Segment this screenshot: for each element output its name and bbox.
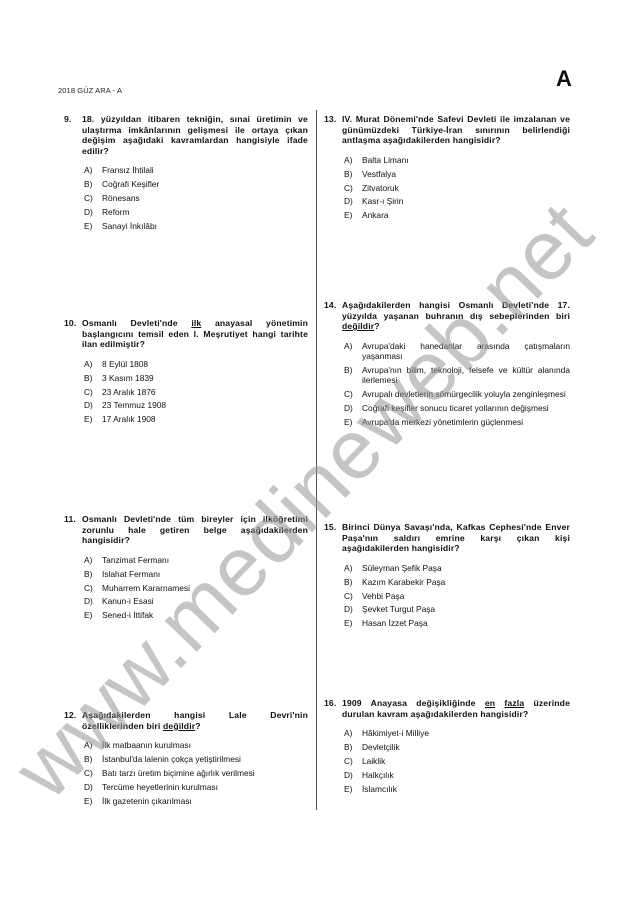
option-text: Avrupa'daki hanedanlar arasında çatışmal… bbox=[362, 341, 570, 362]
question-text: Osmanlı Devleti'nde ilk anayasal yönetim… bbox=[82, 318, 308, 350]
option-text: Vestfalya bbox=[362, 169, 570, 179]
option-label: A) bbox=[84, 555, 102, 565]
option-d[interactable]: D)Kasr-ı Şirin bbox=[344, 196, 570, 206]
option-text: Laiklik bbox=[362, 756, 570, 766]
option-label: D) bbox=[344, 604, 362, 614]
question-number: 12. bbox=[64, 710, 82, 731]
option-label: A) bbox=[344, 155, 362, 165]
emphasis-underline: fazla bbox=[504, 698, 524, 708]
option-label: D) bbox=[84, 207, 102, 217]
option-c[interactable]: C)Muharrem Kararnamesi bbox=[84, 583, 308, 593]
option-c[interactable]: C)Zitvatoruk bbox=[344, 183, 570, 193]
option-label: B) bbox=[84, 754, 102, 764]
option-a[interactable]: A)Süleyman Şefik Paşa bbox=[344, 563, 570, 573]
option-label: D) bbox=[84, 782, 102, 792]
question-text: Aşağıdakilerden hangisi Lale Devri'nin ö… bbox=[82, 710, 308, 731]
option-label: C) bbox=[344, 389, 362, 399]
option-label: A) bbox=[344, 728, 362, 738]
option-b[interactable]: B)Islahat Fermanı bbox=[84, 569, 308, 579]
option-label: C) bbox=[344, 591, 362, 601]
option-label: D) bbox=[84, 596, 102, 606]
option-text: 23 Aralık 1876 bbox=[102, 387, 308, 397]
question-13: 13. IV. Murat Dönemi'nde Safevi Devleti … bbox=[324, 114, 570, 224]
option-text: Zitvatoruk bbox=[362, 183, 570, 193]
option-b[interactable]: B)Avrupa'nın bilim, teknoloji, felsefe v… bbox=[344, 365, 570, 386]
option-label: B) bbox=[344, 169, 362, 179]
option-text: İslamcılık bbox=[362, 784, 570, 794]
option-b[interactable]: B)Coğrafi Keşifler bbox=[84, 179, 308, 189]
option-b[interactable]: B)Vestfalya bbox=[344, 169, 570, 179]
option-label: D) bbox=[344, 403, 362, 413]
option-e[interactable]: E)İslamcılık bbox=[344, 784, 570, 794]
question-11: 11. Osmanlı Devleti'nde tüm bireyler içi… bbox=[64, 514, 308, 624]
option-text: Tercüme heyetlerinin kurulması bbox=[102, 782, 308, 792]
option-c[interactable]: C)Avrupalı devletlerin sömürgecilik yolu… bbox=[344, 389, 570, 399]
option-c[interactable]: C)Rönesans bbox=[84, 193, 308, 203]
option-b[interactable]: B)İstanbul'da lalenin çokça yetiştirilme… bbox=[84, 754, 308, 764]
option-text: Coğrafi Keşifler bbox=[102, 179, 308, 189]
option-d[interactable]: D)23 Temmuz 1908 bbox=[84, 400, 308, 410]
option-text: Fransız İhtilali bbox=[102, 165, 308, 175]
option-label: C) bbox=[344, 183, 362, 193]
option-label: C) bbox=[344, 756, 362, 766]
option-text: İlk matbaanın kurulması bbox=[102, 740, 308, 750]
option-text: 3 Kasım 1839 bbox=[102, 373, 308, 383]
booklet-type: A bbox=[556, 66, 572, 92]
question-text: 18. yüzyıldan itibaren tekniğin, sınai ü… bbox=[82, 114, 308, 156]
question-number: 15. bbox=[324, 522, 342, 554]
option-label: E) bbox=[344, 784, 362, 794]
option-text: Kazım Karabekir Paşa bbox=[362, 577, 570, 587]
option-a[interactable]: A)Fransız İhtilali bbox=[84, 165, 308, 175]
question-9: 9. 18. yüzyıldan itibaren tekniğin, sına… bbox=[64, 114, 308, 235]
option-a[interactable]: A)Balta Limanı bbox=[344, 155, 570, 165]
option-text: Tanzimat Fermanı bbox=[102, 555, 308, 565]
option-label: A) bbox=[344, 563, 362, 573]
question-number: 14. bbox=[324, 300, 342, 332]
option-label: B) bbox=[344, 742, 362, 752]
option-text: Muharrem Kararnamesi bbox=[102, 583, 308, 593]
question-16: 16. 1909 Anayasa değişikliğinde en fazla… bbox=[324, 698, 570, 798]
option-a[interactable]: A)8 Eylül 1808 bbox=[84, 359, 308, 369]
option-text: Hasan İzzet Paşa bbox=[362, 618, 570, 628]
column-divider bbox=[316, 110, 317, 810]
option-text: Kanun-i Esasi bbox=[102, 596, 308, 606]
option-b[interactable]: B)Devletçilik bbox=[344, 742, 570, 752]
option-text: İstanbul'da lalenin çokça yetiştirilmesi bbox=[102, 754, 308, 764]
option-text: Avrupalı devletlerin sömürgecilik yoluyl… bbox=[362, 389, 570, 399]
option-text: Sanayi İnkılâbı bbox=[102, 221, 308, 231]
option-c[interactable]: C)Laiklik bbox=[344, 756, 570, 766]
option-label: E) bbox=[84, 796, 102, 806]
option-b[interactable]: B)Kazım Karabekir Paşa bbox=[344, 577, 570, 587]
emphasis-underline: en bbox=[485, 698, 495, 708]
question-text: IV. Murat Dönemi'nde Safevi Devleti ile … bbox=[342, 114, 570, 146]
option-label: B) bbox=[344, 365, 362, 386]
emphasis-underline: değildir bbox=[163, 721, 195, 731]
question-number: 16. bbox=[324, 698, 342, 719]
option-d[interactable]: D)Kanun-i Esasi bbox=[84, 596, 308, 606]
option-text: Balta Limanı bbox=[362, 155, 570, 165]
option-text: 17 Aralık 1908 bbox=[102, 414, 308, 424]
option-c[interactable]: C)23 Aralık 1876 bbox=[84, 387, 308, 397]
option-text: Devletçilik bbox=[362, 742, 570, 752]
question-text: Aşağıdakilerden hangisi Osmanlı Devleti'… bbox=[342, 300, 570, 332]
option-label: B) bbox=[84, 569, 102, 579]
option-text: 8 Eylül 1808 bbox=[102, 359, 308, 369]
option-label: C) bbox=[84, 583, 102, 593]
option-text: Sened-i İttifak bbox=[102, 610, 308, 620]
option-text: Islahat Fermanı bbox=[102, 569, 308, 579]
option-label: A) bbox=[344, 341, 362, 362]
option-label: E) bbox=[84, 221, 102, 231]
question-number: 13. bbox=[324, 114, 342, 146]
option-e[interactable]: E)Sanayi İnkılâbı bbox=[84, 221, 308, 231]
option-label: E) bbox=[344, 210, 362, 220]
option-d[interactable]: D)Reform bbox=[84, 207, 308, 217]
option-e[interactable]: E)İlk gazetenin çıkarılması bbox=[84, 796, 308, 806]
option-text: Rönesans bbox=[102, 193, 308, 203]
option-label: E) bbox=[344, 417, 362, 427]
option-label: D) bbox=[344, 770, 362, 780]
option-a[interactable]: A)Avrupa'daki hanedanlar arasında çatışm… bbox=[344, 341, 570, 362]
question-number: 11. bbox=[64, 514, 82, 546]
option-a[interactable]: A)Tanzimat Fermanı bbox=[84, 555, 308, 565]
option-label: A) bbox=[84, 359, 102, 369]
emphasis-underline: ilk bbox=[191, 318, 201, 328]
option-a[interactable]: A)İlk matbaanın kurulması bbox=[84, 740, 308, 750]
option-text: Vehbi Paşa bbox=[362, 591, 570, 601]
option-c[interactable]: C)Batı tarzı üretim biçimine ağırlık ver… bbox=[84, 768, 308, 778]
option-label: B) bbox=[84, 179, 102, 189]
option-e[interactable]: E)Avrupa'da merkezi yönetimlerin güçlenm… bbox=[344, 417, 570, 427]
option-text: Reform bbox=[102, 207, 308, 217]
option-label: D) bbox=[344, 196, 362, 206]
option-text: Avrupa'da merkezi yönetimlerin güçlenmes… bbox=[362, 417, 570, 427]
question-text: Osmanlı Devleti'nde tüm bireyler için il… bbox=[82, 514, 308, 546]
option-b[interactable]: B)3 Kasım 1839 bbox=[84, 373, 308, 383]
option-label: C) bbox=[84, 768, 102, 778]
option-label: A) bbox=[84, 740, 102, 750]
option-text: Süleyman Şefik Paşa bbox=[362, 563, 570, 573]
question-text: 1909 Anayasa değişikliğinde en fazla üze… bbox=[342, 698, 570, 719]
option-text: 23 Temmuz 1908 bbox=[102, 400, 308, 410]
question-text: Birinci Dünya Savaşı'nda, Kafkas Cephesi… bbox=[342, 522, 570, 554]
option-text: Ankara bbox=[362, 210, 570, 220]
option-label: B) bbox=[84, 373, 102, 383]
option-e[interactable]: E)Ankara bbox=[344, 210, 570, 220]
option-a[interactable]: A)Hâkimiyet-i Milliye bbox=[344, 728, 570, 738]
option-e[interactable]: E)17 Aralık 1908 bbox=[84, 414, 308, 424]
option-text: Kasr-ı Şirin bbox=[362, 196, 570, 206]
option-d[interactable]: D)Halkçılık bbox=[344, 770, 570, 780]
option-d[interactable]: D)Tercüme heyetlerinin kurulması bbox=[84, 782, 308, 792]
option-text: Hâkimiyet-i Milliye bbox=[362, 728, 570, 738]
question-14: 14. Aşağıdakilerden hangisi Osmanlı Devl… bbox=[324, 300, 570, 431]
question-number: 9. bbox=[64, 114, 82, 156]
option-e[interactable]: E)Hasan İzzet Paşa bbox=[344, 618, 570, 628]
option-label: B) bbox=[344, 577, 362, 587]
emphasis-underline: değildir bbox=[342, 321, 374, 331]
option-text: Şevket Turgut Paşa bbox=[362, 604, 570, 614]
option-e[interactable]: E)Sened-i İttifak bbox=[84, 610, 308, 620]
option-label: C) bbox=[84, 193, 102, 203]
option-d[interactable]: D)Coğrafi keşifler sonucu ticaret yollar… bbox=[344, 403, 570, 413]
option-label: C) bbox=[84, 387, 102, 397]
option-text: Avrupa'nın bilim, teknoloji, felsefe ve … bbox=[362, 365, 570, 386]
option-text: İlk gazetenin çıkarılması bbox=[102, 796, 308, 806]
question-10: 10. Osmanlı Devleti'nde ilk anayasal yön… bbox=[64, 318, 308, 428]
option-label: E) bbox=[84, 610, 102, 620]
exam-label: 2018 GÜZ ARA - A bbox=[58, 86, 122, 95]
option-text: Halkçılık bbox=[362, 770, 570, 780]
question-15: 15. Birinci Dünya Savaşı'nda, Kafkas Cep… bbox=[324, 522, 570, 632]
option-d[interactable]: D)Şevket Turgut Paşa bbox=[344, 604, 570, 614]
option-text: Coğrafi keşifler sonucu ticaret yolların… bbox=[362, 403, 570, 413]
question-number: 10. bbox=[64, 318, 82, 350]
option-label: E) bbox=[84, 414, 102, 424]
option-label: A) bbox=[84, 165, 102, 175]
option-label: D) bbox=[84, 400, 102, 410]
option-c[interactable]: C)Vehbi Paşa bbox=[344, 591, 570, 601]
option-text: Batı tarzı üretim biçimine ağırlık veril… bbox=[102, 768, 308, 778]
question-12: 12. Aşağıdakilerden hangisi Lale Devri'n… bbox=[64, 710, 308, 810]
option-label: E) bbox=[344, 618, 362, 628]
